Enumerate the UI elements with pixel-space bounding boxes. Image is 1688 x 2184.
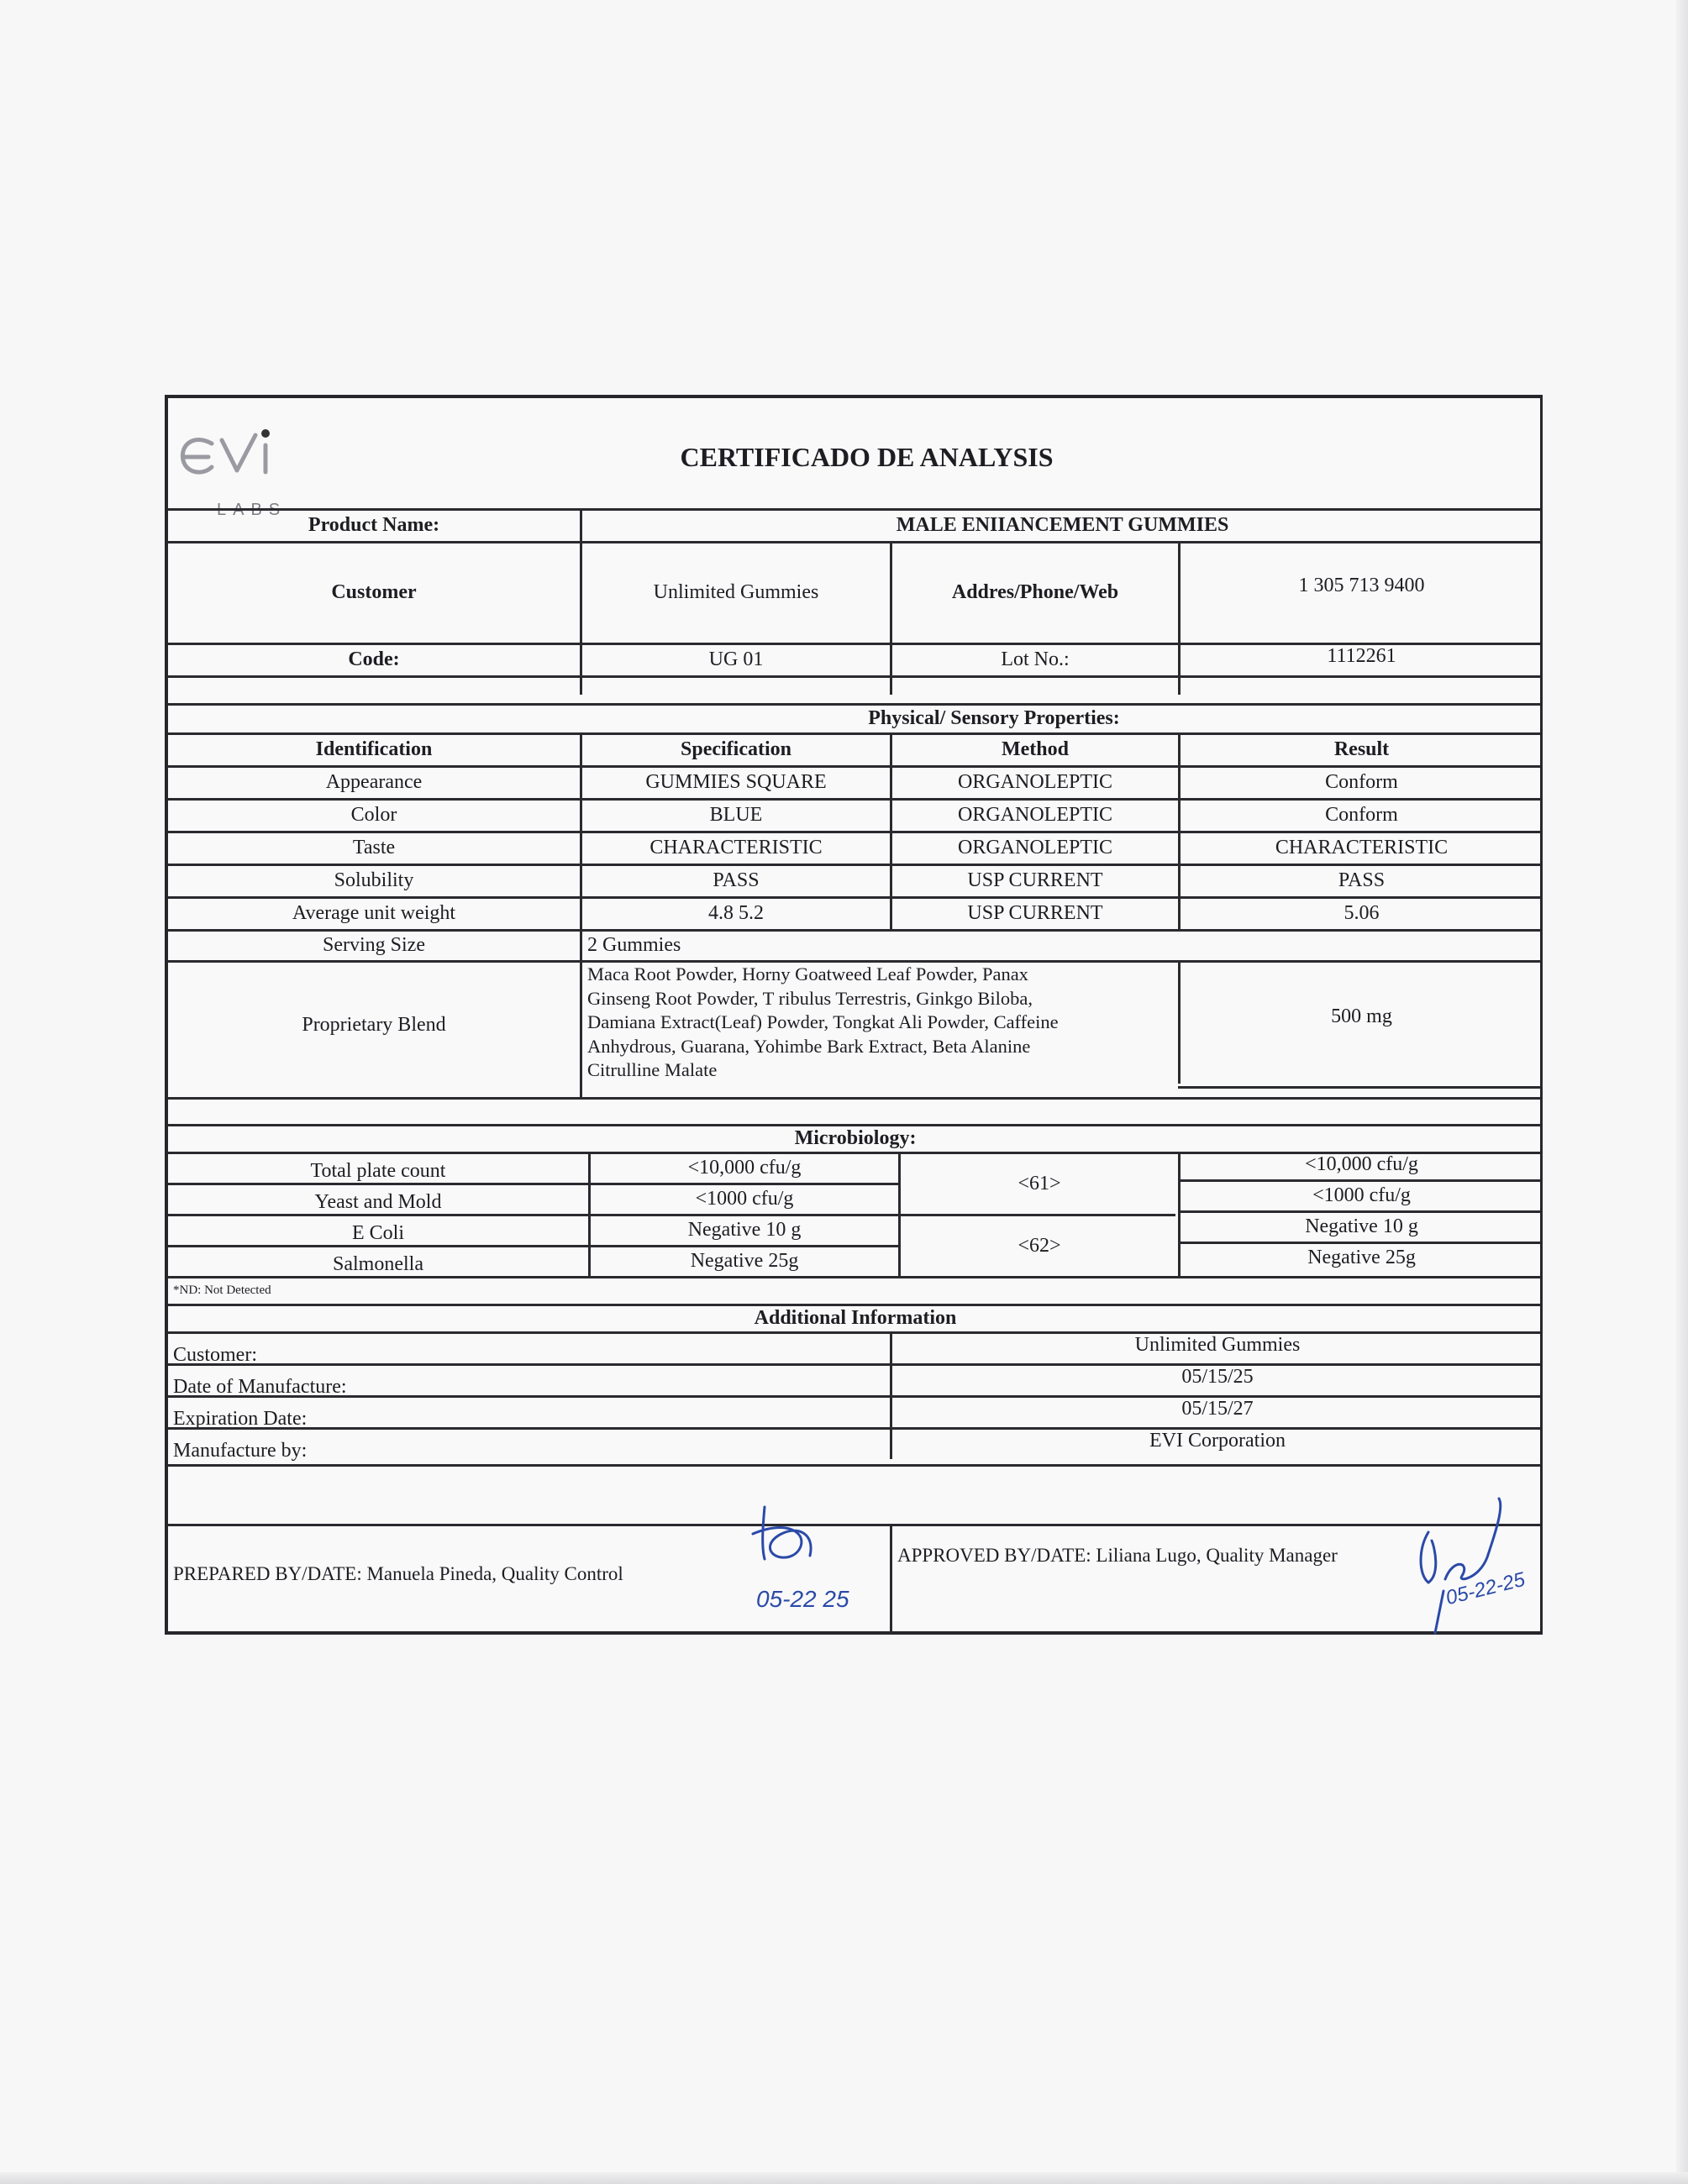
micro-method-cell: <62> — [901, 1216, 1178, 1276]
column-header-method: Method — [892, 735, 1178, 765]
additional-section-title: Additional Information — [168, 1306, 1543, 1331]
certificate-of-analysis: LABS CERTIFICADO DE ANALYSIS Product Nam… — [165, 395, 1543, 1635]
physical-method-cell: USP CURRENT — [892, 899, 1178, 929]
physical-specification-cell: BLUE — [582, 801, 890, 831]
physical-result-cell: Conform — [1181, 768, 1543, 798]
micro-result-cell: <1000 cfu/g — [1181, 1182, 1543, 1210]
additional-value-cell: 05/15/25 — [892, 1362, 1543, 1392]
code-label: Code: — [168, 645, 580, 675]
customer-label: Customer — [168, 543, 580, 643]
physical-identification-cell: Taste — [168, 833, 580, 864]
serving-size-label: Serving Size — [168, 932, 580, 960]
column-header-identification: Identification — [168, 735, 580, 765]
blend-ingredients: Maca Root Powder, Horny Goatweed Leaf Po… — [582, 963, 1178, 1097]
footnote-nd: *ND: Not Detected — [168, 1278, 504, 1304]
lot-value: 1112261 — [1181, 642, 1543, 672]
physical-method-cell: ORGANOLEPTIC — [892, 768, 1178, 798]
code-value: UG 01 — [582, 645, 890, 675]
blend-ingredient-line: Ginseng Root Powder, T ribulus Terrestri… — [587, 987, 1033, 1011]
additional-value-cell: EVI Corporation — [892, 1426, 1543, 1456]
additional-value-cell: Unlimited Gummies — [892, 1331, 1543, 1360]
physical-specification-cell: 4.8 5.2 — [582, 899, 890, 929]
approved-by: APPROVED BY/DATE: Liliana Lugo, Quality … — [892, 1530, 1413, 1581]
physical-identification-cell: Average unit weight — [168, 899, 580, 929]
column-header-specification: Specification — [582, 735, 890, 765]
microbiology-section-title: Microbiology: — [168, 1126, 1543, 1152]
prepared-date-handwritten: 05-22 25 — [756, 1586, 849, 1613]
customer-value: Unlimited Gummies — [582, 543, 890, 643]
serving-size-value: 2 Gummies — [582, 932, 1540, 960]
lot-label: Lot No.: — [892, 645, 1178, 675]
physical-section-title: Physical/ Sensory Properties: — [168, 706, 1543, 732]
micro-result-cell: Negative 10 g — [1181, 1213, 1543, 1242]
prepared-by: PREPARED BY/DATE: Manuela Pineda, Qualit… — [168, 1541, 756, 1608]
micro-result-cell: <10,000 cfu/g — [1181, 1151, 1543, 1179]
micro-result-cell: Negative 25g — [1181, 1244, 1543, 1273]
micro-method-cell: <61> — [901, 1154, 1178, 1214]
micro-spec-cell: <1000 cfu/g — [591, 1185, 898, 1214]
physical-specification-cell: GUMMIES SQUARE — [582, 768, 890, 798]
micro-test-cell: Total plate count — [168, 1158, 588, 1186]
physical-method-cell: ORGANOLEPTIC — [892, 801, 1178, 831]
page-edge — [0, 2172, 1688, 2184]
physical-specification-cell: CHARACTERISTIC — [582, 833, 890, 864]
document-title: CERTIFICADO DE ANALYSIS — [168, 442, 1540, 473]
micro-test-cell: Yeast and Mold — [168, 1189, 588, 1217]
micro-spec-cell: Negative 25g — [591, 1247, 898, 1276]
page-edge — [1676, 0, 1688, 2184]
blend-label: Proprietary Blend — [168, 963, 580, 1089]
micro-test-cell: Salmonella — [168, 1251, 588, 1279]
address-label: Addres/Phone/Web — [892, 543, 1178, 643]
physical-identification-cell: Appearance — [168, 768, 580, 798]
micro-spec-cell: Negative 10 g — [591, 1216, 898, 1245]
physical-result-cell: 5.06 — [1181, 899, 1543, 929]
physical-identification-cell: Color — [168, 801, 580, 831]
blend-ingredient-line: Anhydrous, Guarana, Yohimbe Bark Extract… — [587, 1035, 1030, 1059]
physical-specification-cell: PASS — [582, 866, 890, 896]
physical-result-cell: CHARACTERISTIC — [1181, 833, 1543, 864]
micro-test-cell: E Coli — [168, 1220, 588, 1248]
physical-result-cell: Conform — [1181, 801, 1543, 831]
physical-method-cell: ORGANOLEPTIC — [892, 833, 1178, 864]
blend-ingredient-line: Damiana Extract(Leaf) Powder, Tongkat Al… — [587, 1011, 1059, 1035]
additional-label-cell: Manufacture by: — [168, 1436, 756, 1466]
micro-spec-cell: <10,000 cfu/g — [591, 1154, 898, 1183]
blend-ingredient-line: Maca Root Powder, Horny Goatweed Leaf Po… — [587, 963, 1028, 987]
blend-result: 500 mg — [1181, 963, 1543, 1072]
blend-ingredient-line: Citrulline Malate — [587, 1058, 717, 1083]
physical-identification-cell: Solubility — [168, 866, 580, 896]
column-header-result: Result — [1181, 735, 1543, 765]
physical-result-cell: PASS — [1181, 866, 1543, 896]
product-name-label: Product Name: — [168, 511, 580, 541]
physical-method-cell: USP CURRENT — [892, 866, 1178, 896]
additional-value-cell: 05/15/27 — [892, 1394, 1543, 1424]
address-value: 1 305 713 9400 — [1181, 537, 1543, 636]
